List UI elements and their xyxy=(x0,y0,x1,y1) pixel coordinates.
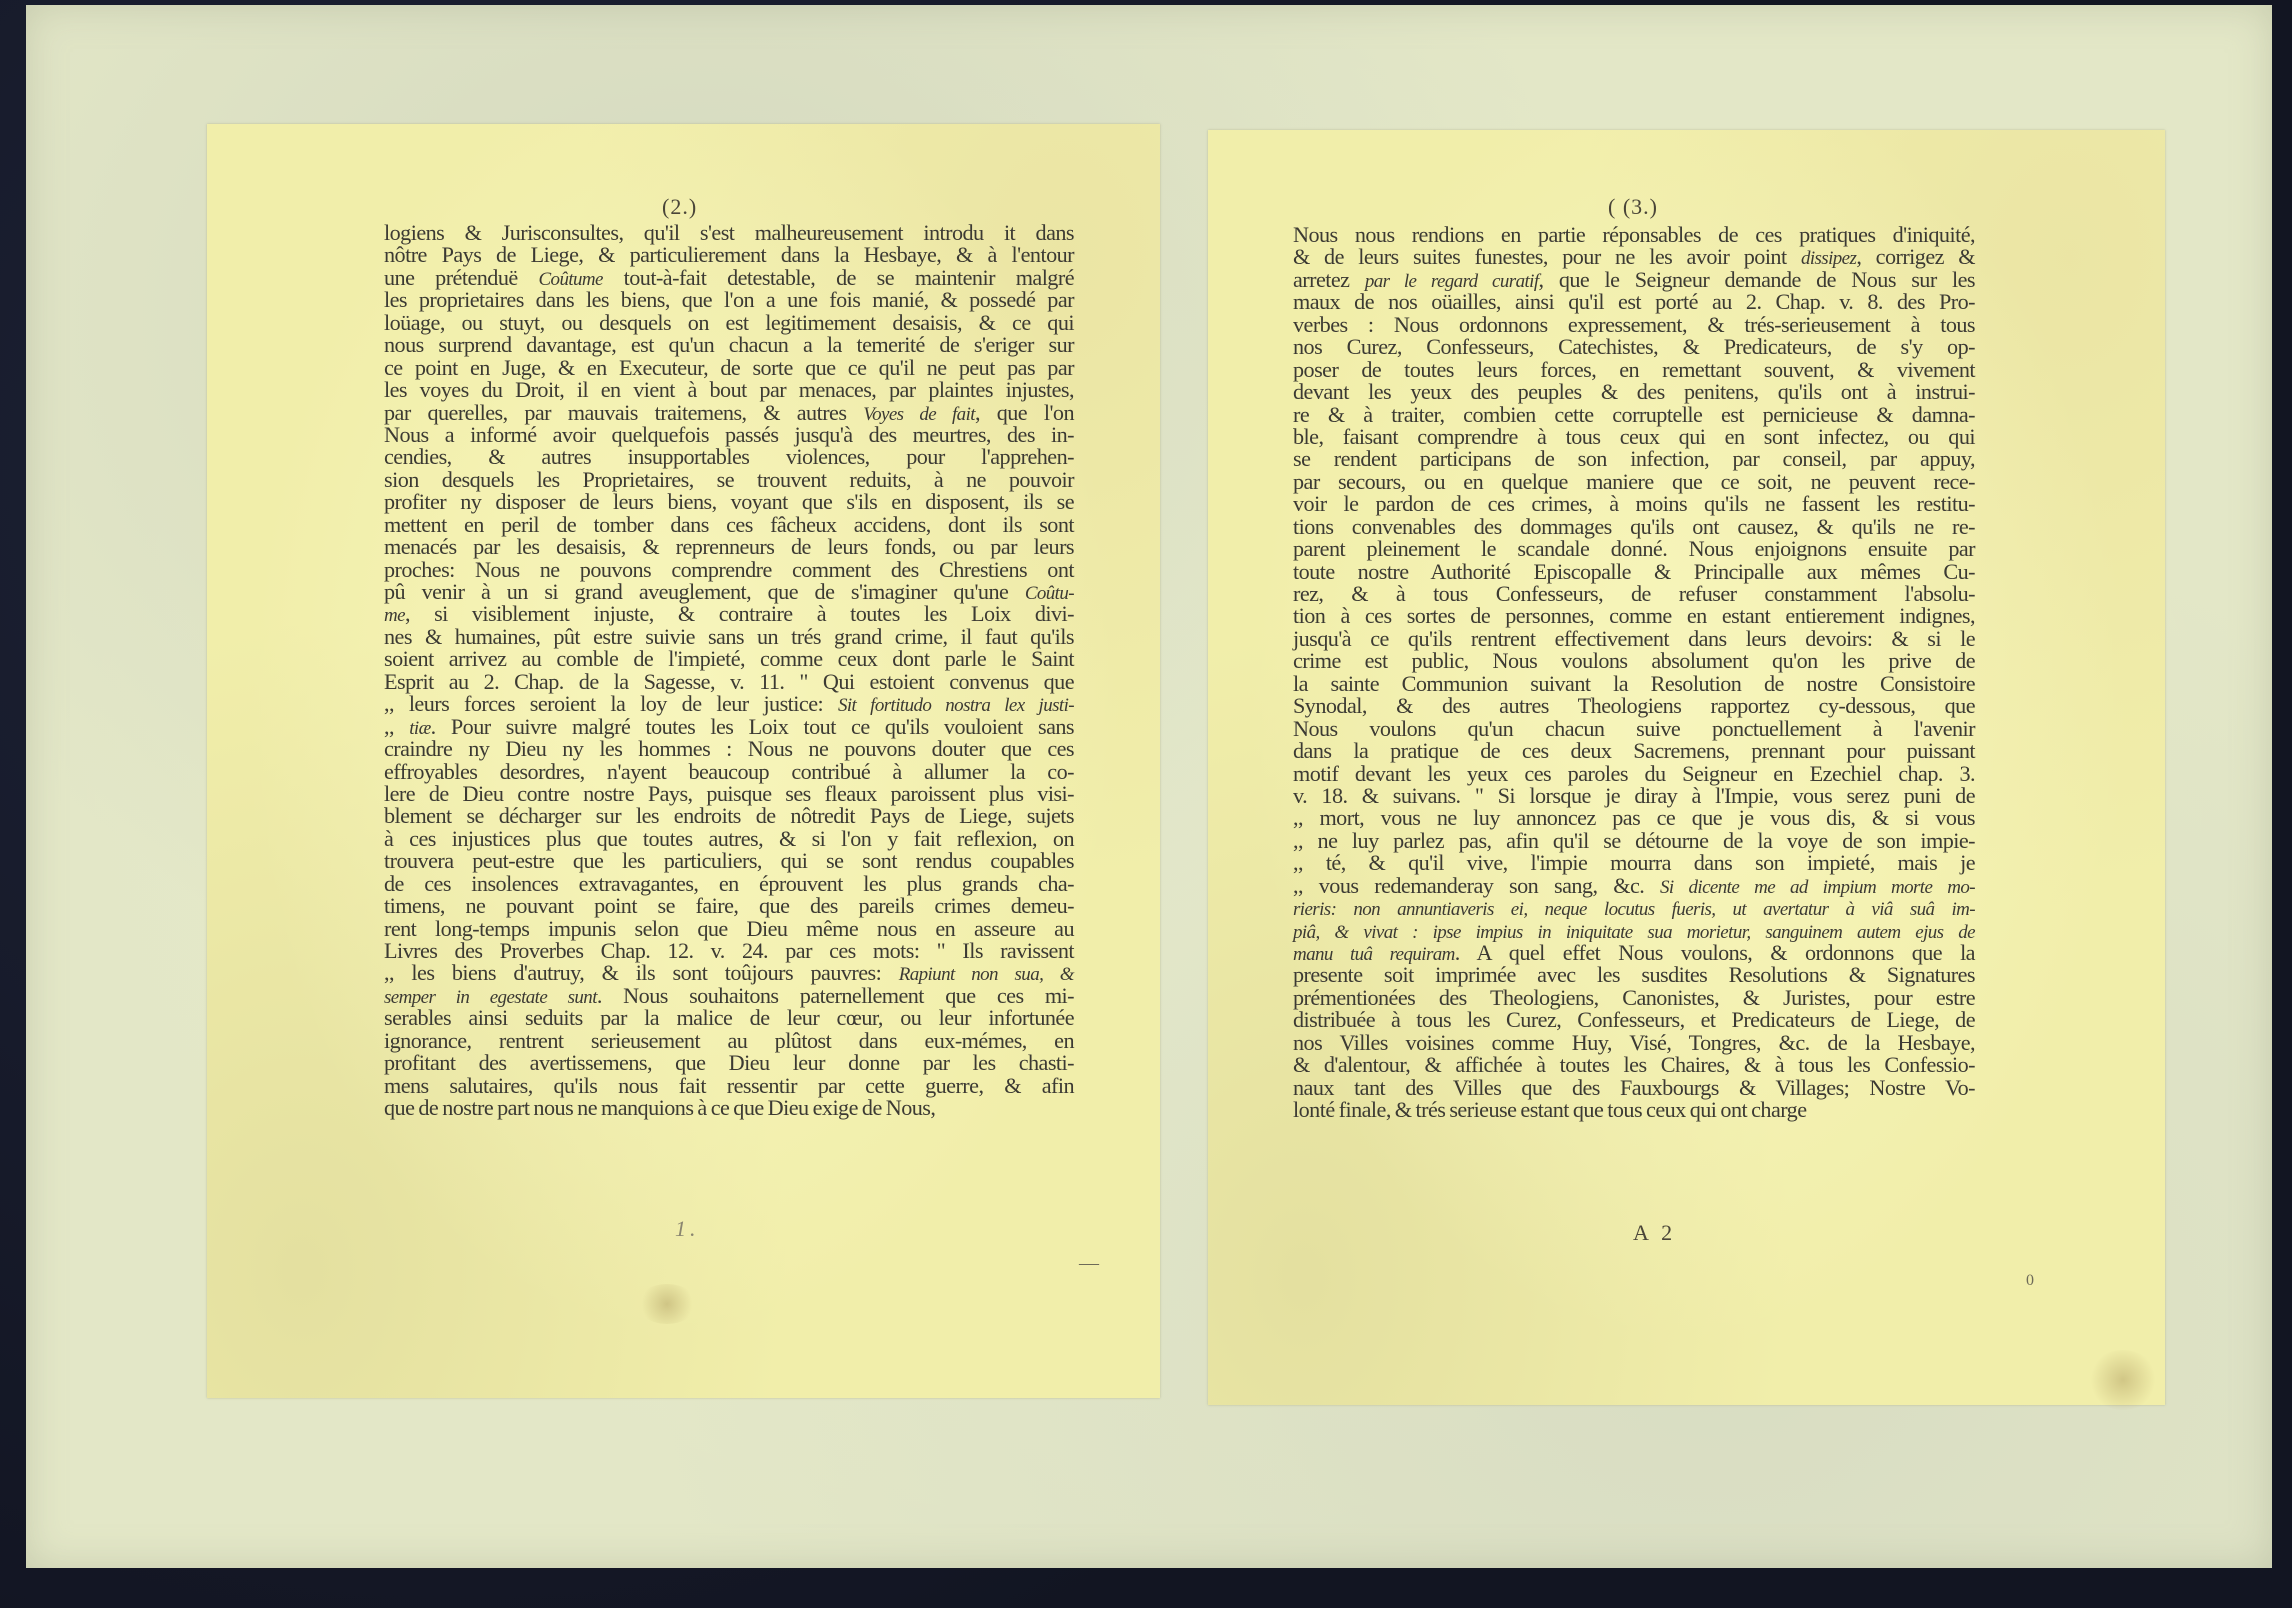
text-line: voir le pardon de ces crimes, à moins qu… xyxy=(1293,493,1975,515)
text-line: tions convenables des dommages qu'ils on… xyxy=(1293,516,1975,538)
text-line: motif devant les yeux ces paroles du Sei… xyxy=(1293,763,1975,785)
text-line: arretez par le regard curatif, que le Se… xyxy=(1293,269,1975,291)
text-line: sion desquels les Proprietaires, se trou… xyxy=(384,469,1074,491)
text-line: effroyables desordres, n'ayent beaucoup … xyxy=(384,761,1074,783)
text-line: ,, les biens d'autruy, & ils sont toûjou… xyxy=(384,962,1074,984)
text-line: jusqu'à ce qu'ils rentrent effectivement… xyxy=(1293,628,1975,650)
text-line: dans la pratique de ces deux Sacremens, … xyxy=(1293,740,1975,762)
text-line: & d'alentour, & affichée à toutes les Ch… xyxy=(1293,1054,1975,1076)
text-line: rent long-temps impunis selon que Dieu m… xyxy=(384,918,1074,940)
text-line: presente soit imprimée avec les susdites… xyxy=(1293,964,1975,986)
text-line: naux tant des Villes que des Fauxbourgs … xyxy=(1293,1077,1975,1099)
text-line: Esprit au 2. Chap. de la Sagesse, v. 11.… xyxy=(384,671,1074,693)
text-line: de ces insolences extravagantes, en épro… xyxy=(384,873,1074,895)
text-line: profiter ny disposer de leurs biens, voy… xyxy=(384,491,1074,513)
text-line: v. 18. & suivans. " Si lorsque je diray … xyxy=(1293,785,1975,807)
text-line: nôtre Pays de Liege, & particulierement … xyxy=(384,244,1074,266)
text-line: piâ, & vivat : ipse impius in iniquitate… xyxy=(1293,920,1975,942)
foxing-stain xyxy=(2088,1350,2158,1410)
text-line: mettent en peril de tomber dans ces fâch… xyxy=(384,514,1074,536)
text-line: ,, ne luy parlez pas, afin qu'il se déto… xyxy=(1293,830,1975,852)
text-line: les proprietaires dans les biens, que l'… xyxy=(384,289,1074,311)
text-line: distribuée à tous les Curez, Confesseurs… xyxy=(1293,1009,1975,1031)
text-line: ce point en Juge, & en Executeur, de sor… xyxy=(384,357,1074,379)
page-number-2: (2.) xyxy=(662,194,697,220)
text-line: mens salutaires, qu'ils nous fait ressen… xyxy=(384,1075,1074,1097)
text-line: serables ainsi seduits par la malice de … xyxy=(384,1007,1074,1029)
stray-mark-left: — xyxy=(1079,1252,1099,1275)
text-line: lere de Dieu contre nostre Pays, puisque… xyxy=(384,783,1074,805)
text-line: crime est public, Nous voulons absolumen… xyxy=(1293,650,1975,672)
text-line: re & à traiter, combien cette corruptell… xyxy=(1293,404,1975,426)
text-line: la sainte Communion suivant la Resolutio… xyxy=(1293,673,1975,695)
page-number-3: ( (3.) xyxy=(1608,194,1658,220)
text-line: pû venir à un si grand aveuglement, que … xyxy=(384,581,1074,603)
text-line: me, si visiblement injuste, & contraire … xyxy=(384,603,1074,625)
text-line: que de nostre part nous ne manquions à c… xyxy=(384,1097,1074,1119)
text-line: cendies, & autres insupportables violenc… xyxy=(384,446,1074,468)
text-line: se rendent participans de son infection,… xyxy=(1293,448,1975,470)
stray-mark-right: 0 xyxy=(2026,1272,2034,1290)
text-line: maux de nos oüailles, ainsi qu'il est po… xyxy=(1293,291,1975,313)
text-line: loüage, ou stuyt, ou desquels on est leg… xyxy=(384,312,1074,334)
right-page-text: Nous nous rendions en partie réponsables… xyxy=(1293,224,1975,1122)
text-line: semper in egestate sunt. Nous souhaitons… xyxy=(384,985,1074,1007)
text-line: nous surprend davantage, est qu'un chacu… xyxy=(384,334,1074,356)
text-line: blement se décharger sur les endroits de… xyxy=(384,805,1074,827)
text-line: ,, té, & qu'il vive, l'impie mourra dans… xyxy=(1293,852,1975,874)
text-line: prémentionées des Theologiens, Canoniste… xyxy=(1293,987,1975,1009)
text-line: menacés par les desaisis, & reprenneurs … xyxy=(384,536,1074,558)
text-line: & de leurs suites funestes, pour ne les … xyxy=(1293,246,1975,268)
text-line: Nous voulons qu'un chacun suive ponctuel… xyxy=(1293,718,1975,740)
text-line: devant les yeux des peuples & des penite… xyxy=(1293,381,1975,403)
text-line: trouvera peut-estre que les particuliers… xyxy=(384,850,1074,872)
text-line: soient arrivez au comble de l'impieté, c… xyxy=(384,648,1074,670)
text-line: Nous nous rendions en partie réponsables… xyxy=(1293,224,1975,246)
text-line: craindre ny Dieu ny les hommes : Nous ne… xyxy=(384,738,1074,760)
right-page: ( (3.) Nous nous rendions en partie répo… xyxy=(1208,130,2165,1405)
text-line: timens, ne pouvant point se faire, que d… xyxy=(384,895,1074,917)
text-line: poser de toutes leurs forces, en remetta… xyxy=(1293,359,1975,381)
text-line: les voyes du Droit, il en vient à bout p… xyxy=(384,379,1074,401)
text-line: ,, leurs forces seroient la loy de leur … xyxy=(384,693,1074,715)
text-line: manu tuâ requiram. A quel effet Nous vou… xyxy=(1293,942,1975,964)
text-line: rieris: non annuntiaveris ei, neque locu… xyxy=(1293,897,1975,919)
text-line: nos Villes voisines comme Huy, Visé, Ton… xyxy=(1293,1032,1975,1054)
text-line: par secours, ou en quelque maniere que c… xyxy=(1293,471,1975,493)
text-line: ,, vous redemanderay son sang, &c. Si di… xyxy=(1293,875,1975,897)
text-line: ignorance, rentrent serieusement au plût… xyxy=(384,1030,1074,1052)
text-line: parent pleinement le scandale donné. Nou… xyxy=(1293,538,1975,560)
text-line: ble, faisant comprendre à tous ceux qui … xyxy=(1293,426,1975,448)
text-line: lonté finale, & trés serieuse estant que… xyxy=(1293,1099,1975,1121)
signature-mark-right: A 2 xyxy=(1633,1220,1676,1246)
text-line: à ces injustices plus que toutes autres,… xyxy=(384,828,1074,850)
text-line: toute nostre Authorité Episcopalle & Pri… xyxy=(1293,561,1975,583)
text-line: profitant des avertissemens, que Dieu le… xyxy=(384,1052,1074,1074)
text-line: ,, mort, vous ne luy annoncez pas ce que… xyxy=(1293,807,1975,829)
text-line: tion à ces sortes de personnes, comme en… xyxy=(1293,605,1975,627)
text-line: logiens & Jurisconsultes, qu'il s'est ma… xyxy=(384,222,1074,244)
text-line: nos Curez, Confesseurs, Catechistes, & P… xyxy=(1293,336,1975,358)
text-line: par querelles, par mauvais traitemens, &… xyxy=(384,402,1074,424)
text-line: une prétenduë Coûtume tout-à-fait detest… xyxy=(384,267,1074,289)
text-line: ,, tiæ. Pour suivre malgré toutes les Lo… xyxy=(384,716,1074,738)
text-line: proches: Nous ne pouvons comprendre comm… xyxy=(384,559,1074,581)
text-line: Nous a informé avoir quelquefois passés … xyxy=(384,424,1074,446)
left-page-text: logiens & Jurisconsultes, qu'il s'est ma… xyxy=(384,222,1074,1120)
text-line: verbes : Nous ordonnons expressement, & … xyxy=(1293,314,1975,336)
foxing-stain xyxy=(637,1284,697,1324)
signature-mark-left: 1. xyxy=(675,1216,700,1242)
text-line: Synodal, & des autres Theologiens rappor… xyxy=(1293,695,1975,717)
left-page: (2.) logiens & Jurisconsultes, qu'il s'e… xyxy=(207,124,1160,1398)
text-line: rez, & à tous Confesseurs, de refuser co… xyxy=(1293,583,1975,605)
text-line: Livres des Proverbes Chap. 12. v. 24. pa… xyxy=(384,940,1074,962)
text-line: nes & humaines, pût estre suivie sans un… xyxy=(384,626,1074,648)
